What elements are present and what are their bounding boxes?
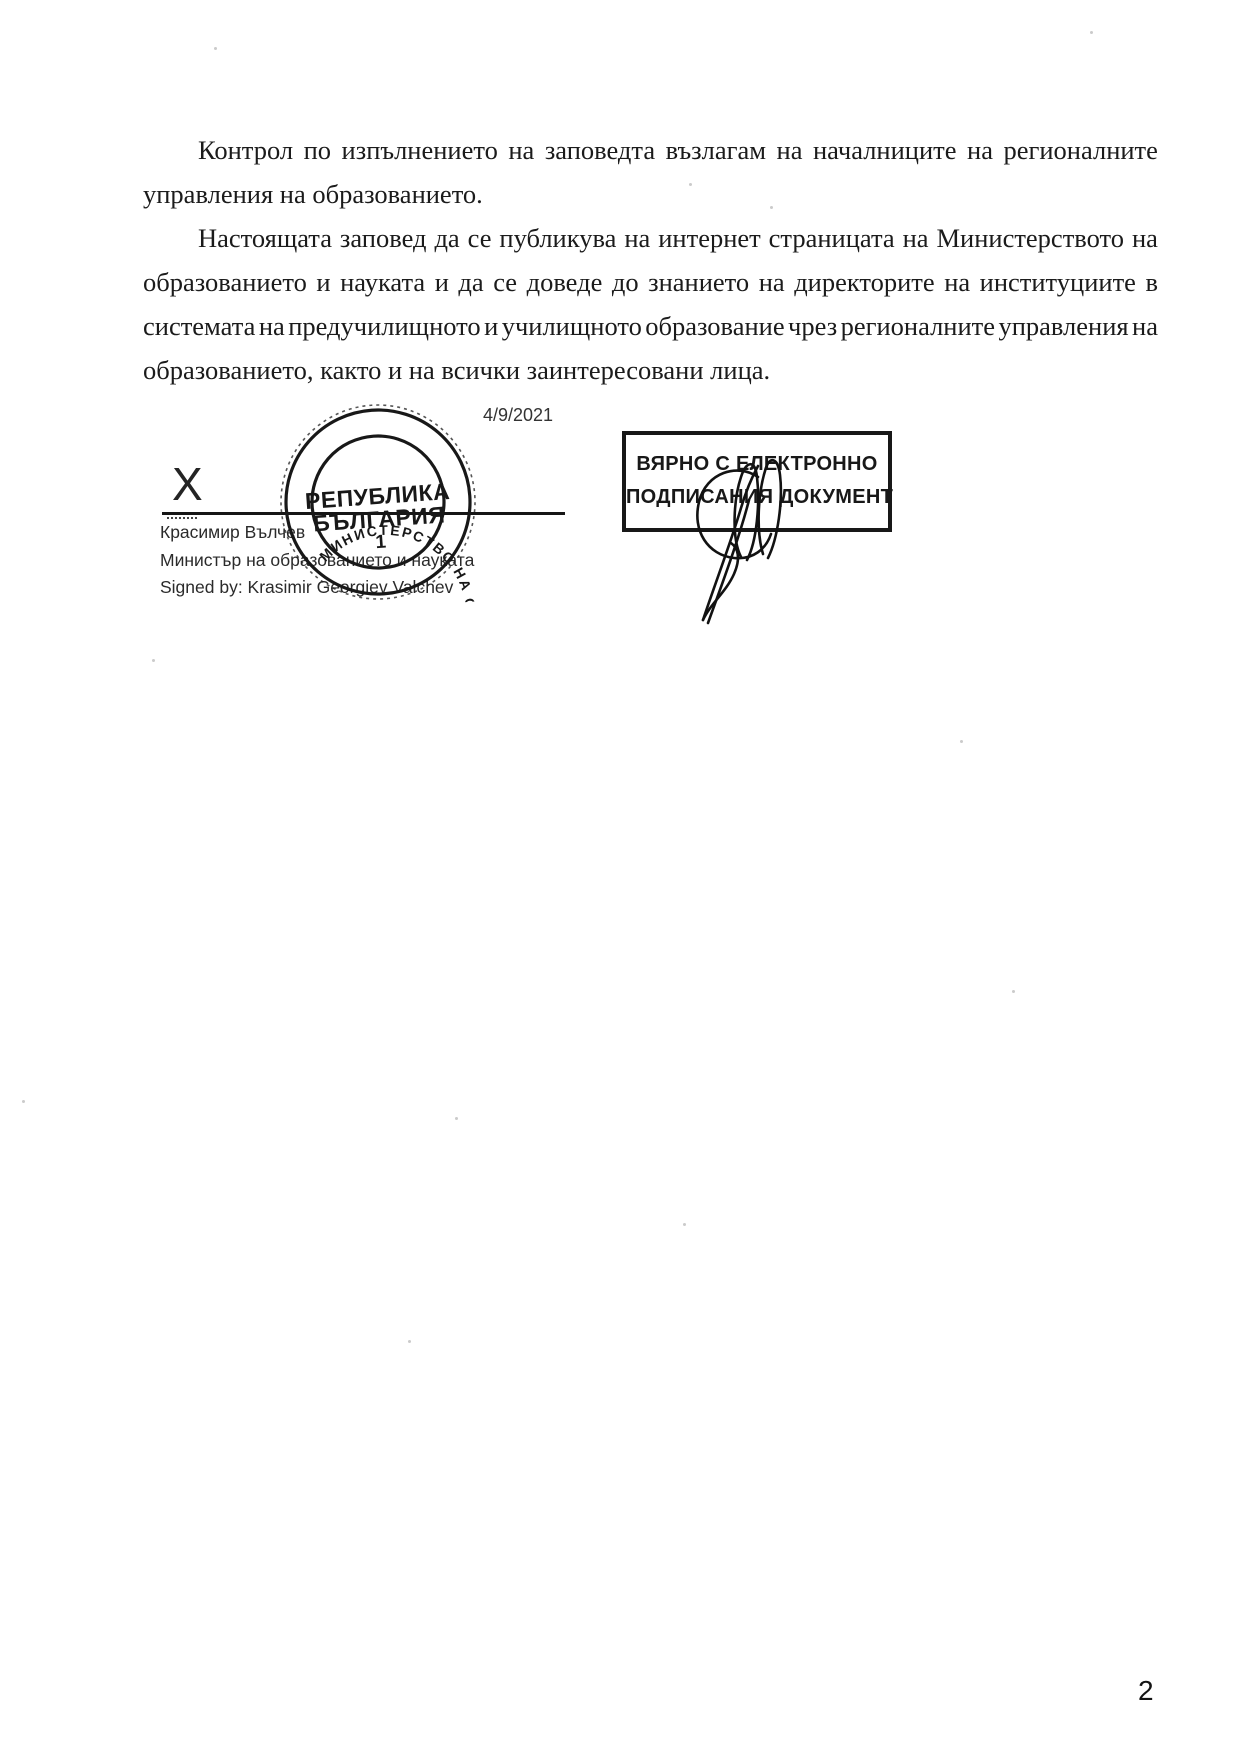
word: предучилищното xyxy=(288,304,480,348)
word: на xyxy=(1132,304,1158,348)
word: страницата xyxy=(769,216,895,260)
word: на xyxy=(903,216,929,260)
word: и xyxy=(435,260,449,304)
word: на xyxy=(944,260,970,304)
word: на xyxy=(777,128,803,172)
paragraph2-line2: образованиетоинаукатаидаседоведедознание… xyxy=(143,260,1158,304)
word: и xyxy=(484,304,498,348)
word: на xyxy=(1132,216,1158,260)
document-body: Контролпоизпълнениетоназаповедтавъзлагам… xyxy=(143,128,1158,392)
word: да xyxy=(458,260,483,304)
word: по xyxy=(304,128,331,172)
scan-speck xyxy=(408,1340,411,1343)
word: образование xyxy=(645,304,784,348)
scan-speck xyxy=(770,206,773,209)
scan-speck xyxy=(1045,241,1048,244)
word: интернет xyxy=(658,216,760,260)
signature-line-dots xyxy=(167,517,197,519)
scan-speck xyxy=(1090,31,1093,34)
word: Настоящата xyxy=(198,216,332,260)
word: на xyxy=(259,304,285,348)
word: началниците xyxy=(813,128,957,172)
scan-speck xyxy=(689,183,692,186)
word: институциите xyxy=(980,260,1136,304)
word: заповед xyxy=(340,216,427,260)
word: се xyxy=(493,260,517,304)
word: регионалните xyxy=(841,304,995,348)
word: на xyxy=(967,128,993,172)
word: и xyxy=(316,260,330,304)
word: да xyxy=(434,216,459,260)
scan-speck xyxy=(152,659,155,662)
scan-speck xyxy=(960,740,963,743)
word: публикува xyxy=(499,216,616,260)
word: чрез xyxy=(788,304,837,348)
word: знанието xyxy=(648,260,749,304)
word: системата xyxy=(143,304,255,348)
word: изпълнението xyxy=(342,128,498,172)
word: в xyxy=(1145,260,1158,304)
paragraph2-line1: Настоящатазаповеддасепубликуванаинтернет… xyxy=(143,216,1158,260)
word: училищното xyxy=(502,304,642,348)
document-page: Контролпоизпълнениетоназаповедтавъзлагам… xyxy=(0,0,1240,1754)
word: образованието xyxy=(143,260,307,304)
word: Министерството xyxy=(936,216,1124,260)
signature-loop-b xyxy=(759,460,781,558)
signature-x-mark: X xyxy=(172,461,203,507)
paragraph1-line1: Контролпоизпълнениетоназаповедтавъзлагам… xyxy=(143,128,1158,172)
round-stamp-graphic: МИНИСТЕРСТВО НА ОБРАЗОВАНИЕТО ● И НАУКАТ… xyxy=(265,389,491,615)
scan-speck xyxy=(455,1117,458,1120)
word: до xyxy=(612,260,639,304)
word: науката xyxy=(340,260,425,304)
paragraph2-line3: систематанапредучилищнотоиучилищнотообра… xyxy=(143,304,1158,348)
scan-speck xyxy=(683,1223,686,1226)
paragraph1-line2: управления на образованието. xyxy=(143,172,1158,216)
handwritten-signature xyxy=(630,425,820,635)
ministry-round-stamp: МИНИСТЕРСТВО НА ОБРАЗОВАНИЕТО ● И НАУКАТ… xyxy=(265,389,491,615)
scan-speck xyxy=(214,47,217,50)
word: директорите xyxy=(794,260,934,304)
stamp-center-number: 1 xyxy=(375,532,387,554)
word: на xyxy=(624,216,650,260)
word: управления xyxy=(998,304,1128,348)
page-number: 2 xyxy=(1138,1675,1154,1707)
scan-speck xyxy=(1012,990,1015,993)
word: възлагам xyxy=(666,128,766,172)
word: заповедта xyxy=(545,128,655,172)
signature-date: 4/9/2021 xyxy=(483,405,553,426)
word: се xyxy=(468,216,492,260)
word: доведе xyxy=(527,260,603,304)
word: на xyxy=(508,128,534,172)
word: регионалните xyxy=(1003,128,1157,172)
scan-speck xyxy=(22,1100,25,1103)
paragraph2-line4: образованието, както и на всички заинтер… xyxy=(143,348,1158,392)
word: Контрол xyxy=(198,128,293,172)
word: на xyxy=(759,260,785,304)
